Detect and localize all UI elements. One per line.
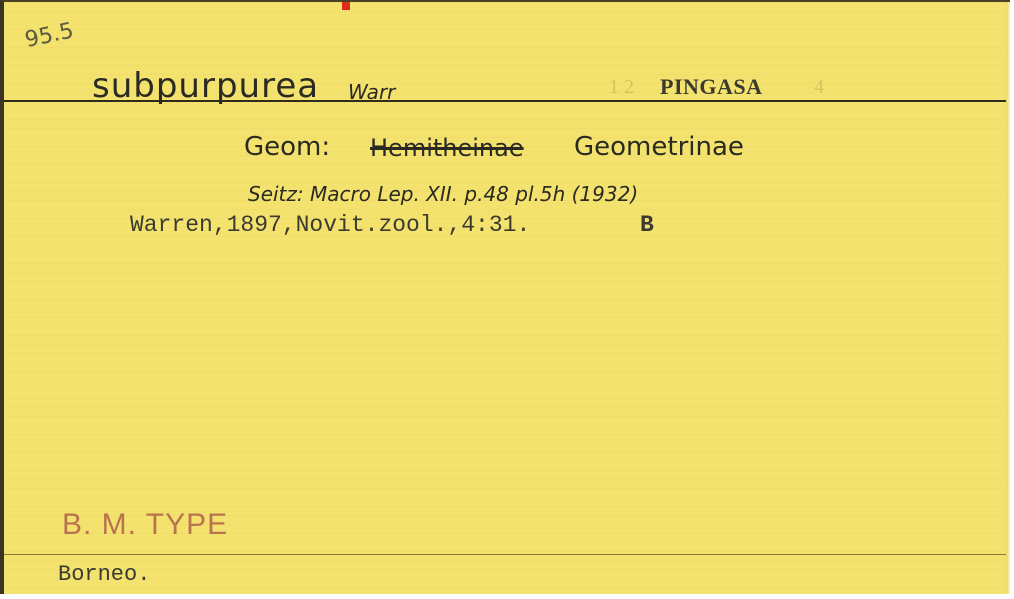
- genus-name: PINGASA: [660, 74, 763, 100]
- ghost-mark-left: 1 2: [609, 76, 634, 99]
- subfamily-struck: Hemitheinae: [370, 134, 524, 162]
- citation: Warren,1897,Novit.zool.,4:31.: [130, 212, 530, 238]
- family-prefix: Geom:: [244, 132, 330, 162]
- index-card: 95.5 subpurpurea Warr 1 2 PINGASA 4 Geom…: [0, 0, 1010, 594]
- footer-rule: [4, 554, 1010, 555]
- locality: Borneo.: [58, 562, 150, 587]
- header-rule: [4, 100, 1010, 102]
- subfamily-name: Geometrinae: [574, 132, 744, 162]
- seitz-reference: Seitz: Macro Lep. XII. p.48 pl.5h (1932): [248, 182, 638, 206]
- catalog-number: 95.5: [23, 18, 76, 53]
- ghost-mark-right: 4: [814, 76, 824, 99]
- red-tab-marker: [342, 0, 350, 10]
- citation-mark: B: [640, 212, 654, 238]
- type-stamp: B. M. TYPE: [62, 508, 228, 542]
